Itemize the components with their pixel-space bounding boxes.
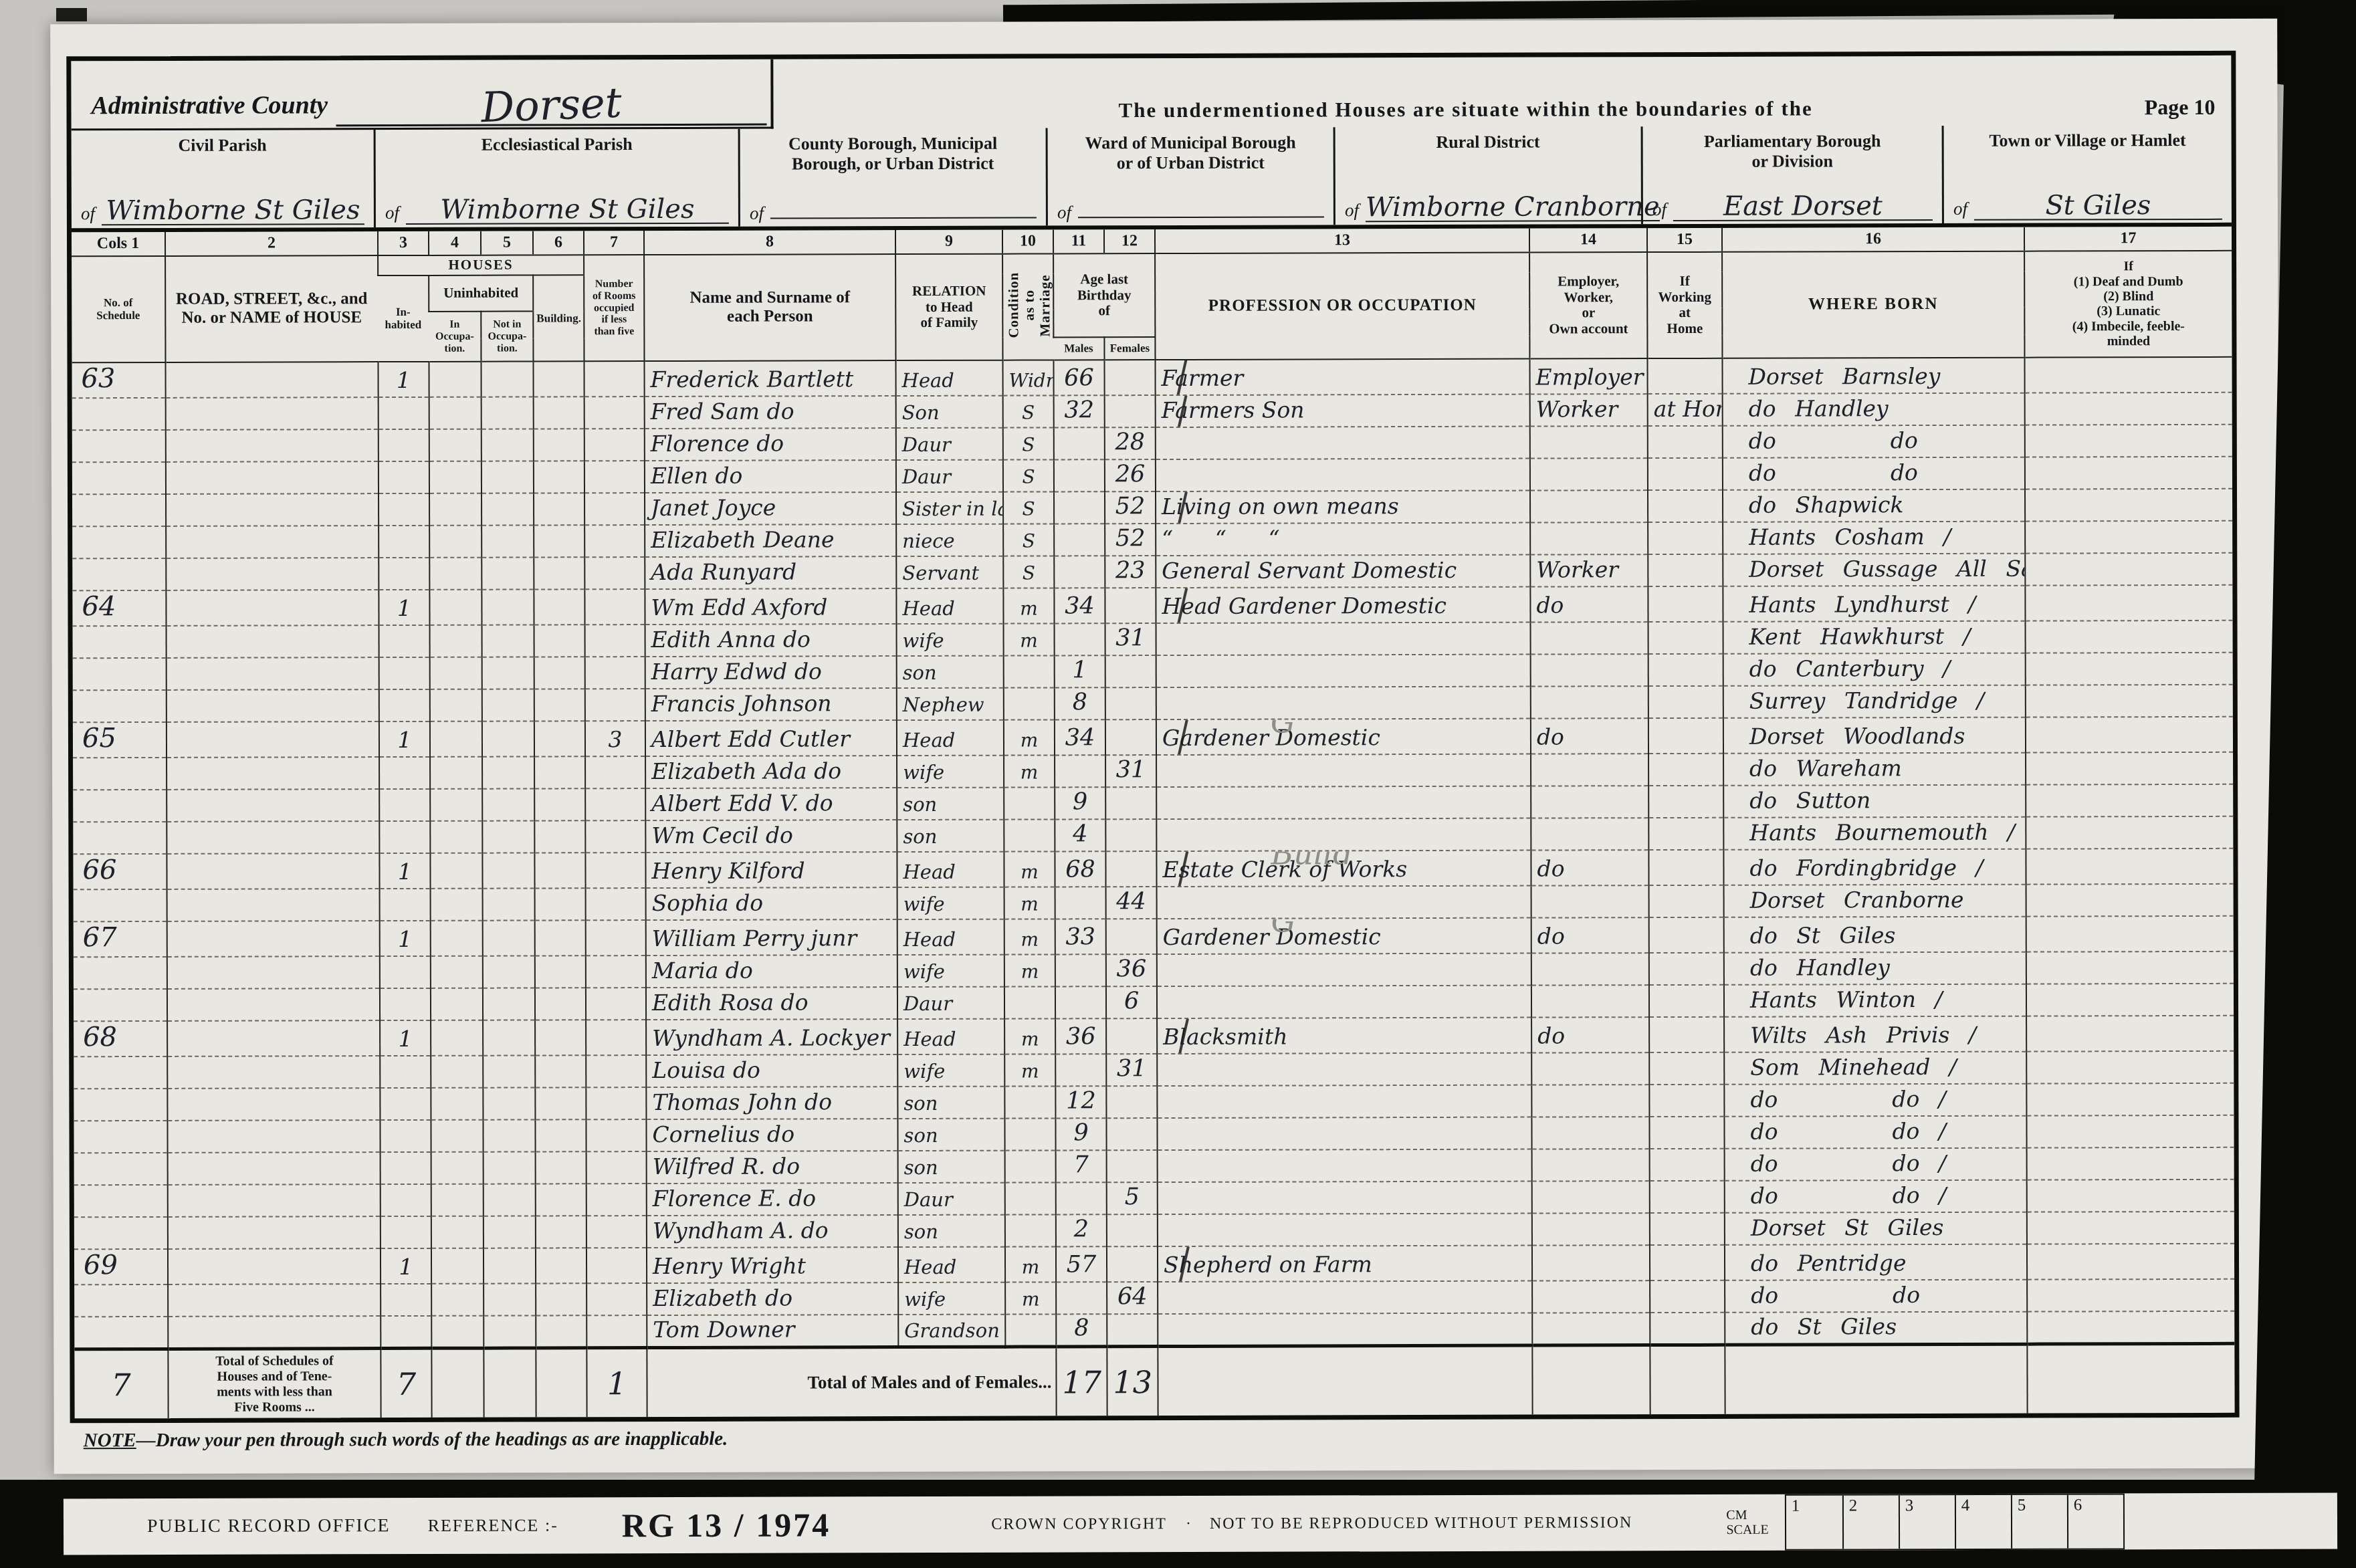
header-uninhabited-group: Uninhabited xyxy=(429,275,533,312)
col-number: 4 xyxy=(429,231,481,255)
cell-relation: son xyxy=(897,820,1004,852)
census-row: Cornelius doson9do do / xyxy=(74,1115,2234,1153)
cell-name: Wm Cecil do xyxy=(645,820,897,853)
cell-males xyxy=(1055,755,1105,787)
cell-employer xyxy=(1532,1245,1650,1280)
cell-inhabited xyxy=(380,1088,431,1120)
cell-inhabited xyxy=(379,493,429,526)
cell-in_occ xyxy=(429,526,481,558)
cell-condition: m xyxy=(1005,1282,1056,1314)
cell-condition: S xyxy=(1003,427,1054,459)
cell-road xyxy=(167,721,379,758)
cell-females xyxy=(1107,1246,1158,1282)
cell-females xyxy=(1107,1150,1158,1182)
district-rural-district: Rural District ofWimborne Cranborne xyxy=(1333,126,1641,225)
cell-schedule xyxy=(74,1185,168,1217)
cell-females xyxy=(1105,687,1156,719)
totals-empty xyxy=(1158,1345,1532,1416)
cell-males xyxy=(1055,623,1105,655)
cell-road xyxy=(167,853,379,889)
col-number: 3 xyxy=(378,231,429,255)
cell-born: do do / xyxy=(1724,1084,2026,1117)
cell-not_in_occ xyxy=(484,1248,536,1283)
cell-born: do Fordingbridge / xyxy=(1723,849,2026,885)
cell-occupation xyxy=(1157,953,1531,986)
cell-schedule xyxy=(74,989,167,1021)
cell-not_in_occ xyxy=(484,1151,536,1184)
cell-condition: m xyxy=(1004,851,1055,887)
district-value: Wimborne Cranborne xyxy=(1366,193,1660,222)
district-value xyxy=(770,217,1037,219)
cell-males: 8 xyxy=(1055,687,1105,719)
cell-not_in_occ xyxy=(483,920,535,956)
admin-county-box: Administrative County Dorset xyxy=(71,60,773,131)
cell-employer xyxy=(1530,522,1648,554)
cell-born: Surrey Tandridge / xyxy=(1723,685,2026,718)
cell-employer xyxy=(1531,686,1648,718)
cell-employer: Worker xyxy=(1530,554,1648,586)
census-row: 661Henry KilfordHeadm68Estate Clerk of W… xyxy=(73,849,2233,889)
cell-males xyxy=(1054,427,1105,459)
cell-relation: Grandson xyxy=(898,1315,1005,1347)
cell-building xyxy=(534,557,584,589)
cell-name: Tom Downer xyxy=(647,1315,898,1347)
cell-inhabited xyxy=(380,1056,431,1088)
cell-males xyxy=(1055,1054,1106,1086)
cell-employer xyxy=(1532,1213,1650,1245)
census-row: Fred Sam doSonS32Farmers SonWorkerat Hom… xyxy=(72,393,2232,430)
header-occupation: PROFESSION OR OCCUPATION xyxy=(1155,253,1529,360)
cell-road xyxy=(167,657,379,690)
cell-at_home xyxy=(1648,458,1723,490)
of-prefix: of xyxy=(1057,202,1071,223)
cell-employer xyxy=(1532,1280,1650,1313)
cell-infirmity xyxy=(2026,621,2233,653)
cell-road xyxy=(166,590,379,626)
cell-females: 5 xyxy=(1107,1182,1158,1214)
cell-males xyxy=(1056,1182,1107,1214)
cell-road xyxy=(167,789,379,822)
col-number: Cols 1 xyxy=(72,232,165,256)
cell-name: Albert Edd V. do xyxy=(645,788,897,820)
header-condition: Condition as to Marriage xyxy=(1002,253,1053,360)
cell-inhabited xyxy=(379,689,430,721)
cell-occupation xyxy=(1156,458,1530,491)
cell-name: Sophia do xyxy=(646,887,897,920)
cell-born: do Canterbury / xyxy=(1723,653,2026,686)
cell-building xyxy=(535,956,586,988)
cell-condition: S xyxy=(1003,395,1054,427)
cell-building xyxy=(534,625,585,657)
cell-employer xyxy=(1531,953,1649,985)
cell-occupation: Head Gardener Domestic xyxy=(1156,586,1530,623)
cell-name: Fred Sam do xyxy=(645,396,896,429)
cell-condition: m xyxy=(1004,1054,1055,1086)
pen-stroke-mark xyxy=(1178,1017,1191,1053)
cell-name: Henry Wright xyxy=(647,1247,898,1283)
cell-at_home xyxy=(1650,1280,1725,1313)
cell-males xyxy=(1054,524,1105,556)
cell-schedule: 68 xyxy=(74,1021,167,1056)
cell-schedule xyxy=(74,1121,167,1153)
cell-schedule: 67 xyxy=(74,921,167,957)
cell-name: Elizabeth Ada do xyxy=(645,756,897,788)
cell-condition xyxy=(1004,787,1055,819)
district-county-borough: County Borough, Municipal Borough, or Ur… xyxy=(738,128,1046,226)
cell-rooms xyxy=(585,625,645,657)
cell-inhabited: 1 xyxy=(380,1020,431,1056)
cell-occupation xyxy=(1158,1181,1532,1214)
cell-occupation xyxy=(1156,818,1531,851)
census-table: Cols 1 2 3 4 5 6 7 8 9 10 11 12 13 14 xyxy=(72,227,2235,1419)
cell-condition: m xyxy=(1004,755,1055,787)
cell-inhabited xyxy=(381,1152,431,1184)
cell-inhabited xyxy=(379,397,429,429)
cell-employer xyxy=(1532,1313,1650,1345)
cell-condition: Widr xyxy=(1002,360,1053,395)
cell-occupation xyxy=(1158,1213,1532,1246)
census-row: Wyndham A. doson2Dorset St Giles xyxy=(74,1212,2234,1249)
cell-inhabited: 1 xyxy=(380,921,431,956)
cell-employer: do xyxy=(1531,1017,1649,1052)
cell-condition: m xyxy=(1004,623,1055,655)
census-row: Edith Anna dowifem31Kent Hawkhurst / xyxy=(73,621,2233,658)
cell-not_in_occ xyxy=(484,1315,536,1348)
cell-in_occ xyxy=(430,689,482,721)
cell-schedule xyxy=(72,494,166,526)
cell-building xyxy=(536,1216,586,1248)
cell-infirmity xyxy=(2026,1016,2234,1052)
cell-occupation: Farmer xyxy=(1155,358,1529,395)
census-row: Albert Edd V. doson9do Sutton xyxy=(73,784,2233,822)
cell-males: 4 xyxy=(1055,819,1105,851)
cell-rooms xyxy=(586,956,646,988)
cell-females xyxy=(1107,1314,1158,1347)
admin-title-box: The undermentioned Houses are situate wi… xyxy=(773,55,2231,129)
cell-road xyxy=(168,1184,381,1217)
admin-row: Administrative County Dorset The underme… xyxy=(71,55,2231,130)
cell-condition: m xyxy=(1004,1018,1055,1054)
ruler-cell: 5 xyxy=(2011,1495,2067,1549)
cell-not_in_occ xyxy=(481,589,534,625)
district-value: Wimborne St Giles xyxy=(406,196,729,225)
cell-infirmity xyxy=(2026,752,2233,785)
cell-infirmity xyxy=(2026,816,2233,849)
cell-infirmity xyxy=(2025,489,2232,522)
cell-males: 36 xyxy=(1055,1018,1106,1054)
pen-stroke-mark xyxy=(1176,394,1189,427)
cell-employer xyxy=(1532,1149,1650,1181)
district-label: Civil Parish xyxy=(81,135,364,156)
cell-condition: m xyxy=(1004,954,1055,986)
cell-born: Hants Lyndhurst / xyxy=(1723,586,2025,622)
cell-name: Wyndham A. do xyxy=(647,1215,898,1248)
header-not-in-occupation: Not in Occupa- tion. xyxy=(481,312,533,362)
footer-reference-label: REFERENCE :- xyxy=(428,1516,558,1537)
cell-condition xyxy=(1005,1314,1056,1347)
cell-occupation xyxy=(1156,622,1531,655)
cell-rooms xyxy=(586,1055,646,1087)
cell-building xyxy=(535,988,586,1020)
cell-relation: son xyxy=(898,1215,1005,1247)
ruler-cell: 1 xyxy=(1786,1495,1842,1549)
cell-occupation xyxy=(1157,1117,1531,1149)
district-row: Civil Parish ofWimborne St Giles Ecclesi… xyxy=(72,125,2232,232)
cell-schedule xyxy=(72,526,166,558)
cell-employer xyxy=(1530,490,1648,522)
cell-relation: wife xyxy=(898,1282,1005,1315)
cell-females: 6 xyxy=(1106,986,1157,1018)
cell-rooms xyxy=(586,1283,647,1315)
cell-inhabited xyxy=(379,821,430,853)
cell-relation: Son xyxy=(896,396,1003,428)
cell-employer: do xyxy=(1531,850,1648,885)
cell-name: Edith Anna do xyxy=(645,624,897,657)
cell-not_in_occ xyxy=(483,1087,535,1119)
col-number: 6 xyxy=(533,231,584,255)
cell-building xyxy=(534,397,584,429)
census-row: 641Wm Edd AxfordHeadm34Head Gardener Dom… xyxy=(72,585,2232,626)
header-infirmity: If (1) Deaf and Dumb (2) Blind (3) Lunat… xyxy=(2024,251,2232,358)
cell-relation: son xyxy=(897,1087,1004,1119)
cell-not_in_occ xyxy=(481,397,534,429)
cell-males xyxy=(1056,1282,1107,1314)
cell-road xyxy=(166,526,379,558)
cell-infirmity xyxy=(2026,951,2234,984)
cell-employer xyxy=(1531,985,1649,1017)
cell-occupation xyxy=(1156,654,1531,687)
cell-relation: Head xyxy=(896,588,1003,624)
cell-relation: son xyxy=(897,1119,1004,1151)
cell-rooms xyxy=(585,853,645,888)
cell-not_in_occ xyxy=(483,988,535,1020)
cell-females xyxy=(1105,719,1156,755)
cell-employer xyxy=(1531,885,1649,917)
cell-name: Louisa do xyxy=(646,1054,897,1087)
cell-building xyxy=(534,853,585,888)
cell-born: Dorset Barnsley xyxy=(1722,358,2024,394)
header-in-occupation: In Occupa- tion. xyxy=(429,312,481,362)
cell-in_occ xyxy=(431,889,483,921)
cell-not_in_occ xyxy=(483,1020,535,1055)
cell-schedule xyxy=(74,1089,167,1121)
cell-rooms xyxy=(585,689,645,721)
cell-not_in_occ xyxy=(484,1216,536,1248)
cell-inhabited: 1 xyxy=(379,721,430,757)
cell-born: do do / xyxy=(1724,1116,2026,1149)
cell-schedule xyxy=(73,790,167,822)
cell-relation: Head xyxy=(897,1019,1004,1054)
cell-rooms xyxy=(584,525,645,557)
cell-females: 52 xyxy=(1105,524,1156,556)
cell-at_home xyxy=(1650,1149,1725,1181)
cell-road xyxy=(167,889,380,921)
ruler-cell: 2 xyxy=(1842,1495,1899,1549)
col-number: 9 xyxy=(895,230,1002,254)
cell-not_in_occ xyxy=(481,429,534,461)
cell-occupation: Gardener DomesticG xyxy=(1156,718,1531,754)
cell-at_home xyxy=(1650,1213,1725,1245)
cell-building xyxy=(536,1248,586,1283)
cell-males xyxy=(1055,986,1106,1018)
cell-at_home xyxy=(1648,622,1723,654)
cell-infirmity xyxy=(2027,1244,2234,1280)
col-number: 15 xyxy=(1647,228,1722,252)
cell-born: do do xyxy=(1723,457,2025,490)
cell-females: 28 xyxy=(1105,427,1156,459)
cell-condition: m xyxy=(1003,588,1054,623)
cell-building xyxy=(534,429,584,461)
cell-infirmity xyxy=(2026,849,2233,885)
census-row: Ellen doDaurS26do do xyxy=(72,457,2232,494)
cell-occupation: Blacksmith xyxy=(1157,1017,1531,1053)
cell-relation: Head xyxy=(895,360,1002,396)
district-parliamentary-borough: Parliamentary Borough or Division ofEast… xyxy=(1641,126,1942,224)
cell-not_in_occ xyxy=(482,788,534,820)
cell-females xyxy=(1106,1118,1157,1150)
cell-relation: Sister in law xyxy=(896,492,1003,524)
col-number: 2 xyxy=(165,231,378,256)
cell-road xyxy=(168,1152,381,1185)
cell-building xyxy=(534,820,585,853)
pen-stroke-mark xyxy=(1178,718,1190,754)
census-row: Edith Rosa doDaur6Hants Winton / xyxy=(74,984,2234,1021)
cell-born: Hants Cosham / xyxy=(1723,522,2025,554)
cell-in_occ xyxy=(431,1284,484,1316)
cell-schedule xyxy=(74,1317,168,1349)
cell-road xyxy=(166,558,379,590)
col-number: 12 xyxy=(1104,229,1155,253)
cell-building xyxy=(533,361,584,397)
totals-row: 7 Total of Schedules of Houses and of Te… xyxy=(74,1343,2234,1418)
header-relation: RELATION to Head of Family xyxy=(895,254,1002,360)
cell-rooms xyxy=(584,397,645,429)
census-row: Wm Cecil doson4Hants Bournemouth / xyxy=(73,816,2233,854)
cell-road xyxy=(168,1284,381,1317)
cell-at_home xyxy=(1650,1313,1725,1345)
cell-in_occ xyxy=(429,397,481,429)
cell-condition: S xyxy=(1003,524,1054,556)
totals-empty xyxy=(1650,1345,1725,1414)
cell-rooms xyxy=(586,1119,646,1151)
of-prefix: of xyxy=(1953,199,1967,219)
cell-condition xyxy=(1005,1182,1056,1214)
cell-name: Thomas John do xyxy=(646,1087,897,1119)
scan-mark-top-left xyxy=(56,8,87,21)
totals-empty xyxy=(484,1348,536,1418)
cell-not_in_occ xyxy=(481,493,534,525)
cell-infirmity xyxy=(2025,585,2232,621)
cell-inhabited xyxy=(379,789,430,821)
cell-born: do Handley xyxy=(1723,393,2025,426)
cell-inhabited xyxy=(381,1316,431,1349)
cell-males: 7 xyxy=(1056,1150,1107,1182)
cell-infirmity xyxy=(2025,393,2232,425)
census-row: 681Wyndham A. LockyerHeadm36Blacksmithdo… xyxy=(74,1016,2234,1056)
cell-in_occ xyxy=(430,757,482,789)
district-label: Parliamentary Borough or Division xyxy=(1652,131,1933,172)
cell-in_occ xyxy=(430,789,482,821)
cell-condition: S xyxy=(1003,556,1054,588)
cell-in_occ xyxy=(431,1120,483,1152)
cell-schedule xyxy=(73,658,167,690)
admin-county-label: Administrative County xyxy=(91,90,328,127)
cell-at_home xyxy=(1649,1052,1724,1085)
cell-males: 12 xyxy=(1055,1086,1106,1118)
cell-males: 33 xyxy=(1055,919,1106,954)
census-row: Elizabeth DeanenieceS52“ “ “Hants Cosham… xyxy=(72,521,2232,558)
cell-relation: Daur xyxy=(897,987,1004,1019)
cell-in_occ xyxy=(431,1216,484,1248)
cell-females xyxy=(1107,1214,1158,1246)
cell-at_home xyxy=(1648,554,1723,586)
cell-schedule xyxy=(73,822,167,854)
cell-born: Dorset Gussage All Saints xyxy=(1723,554,2025,586)
cell-road xyxy=(167,689,379,722)
cell-infirmity xyxy=(2026,653,2233,685)
cell-born: Hants Bournemouth / xyxy=(1723,817,2026,850)
cell-born: do St Giles xyxy=(1724,917,2026,953)
census-row: Florence E. doDaur5do do / xyxy=(74,1180,2234,1217)
header-age-group: Age last Birthday of xyxy=(1053,253,1155,337)
cell-schedule xyxy=(74,1153,168,1185)
cell-females xyxy=(1104,360,1155,395)
cell-building xyxy=(534,689,585,721)
cell-relation: Daur xyxy=(896,460,1003,492)
cell-inhabited: 1 xyxy=(379,853,430,889)
cell-in_occ xyxy=(430,721,482,757)
cell-road xyxy=(166,429,379,462)
cell-rooms xyxy=(586,1248,647,1283)
census-row: Florence doDaurS28do do xyxy=(72,425,2232,462)
cell-schedule xyxy=(73,690,167,722)
cell-rooms: 3 xyxy=(585,721,645,756)
cell-building xyxy=(534,589,584,625)
cell-relation: son xyxy=(897,656,1004,688)
cell-building xyxy=(535,1020,586,1055)
cell-not_in_occ xyxy=(481,361,533,397)
cell-building xyxy=(536,1151,586,1184)
cell-not_in_occ xyxy=(483,1055,535,1087)
cell-building xyxy=(534,657,585,689)
cell-building xyxy=(534,721,585,756)
header-road: ROAD, STREET, &c., and No. or NAME of HO… xyxy=(165,255,378,362)
district-label: County Borough, Municipal Borough, or Ur… xyxy=(750,134,1037,175)
cell-at_home xyxy=(1649,1017,1724,1052)
cell-not_in_occ xyxy=(482,689,534,721)
cell-road xyxy=(168,1316,381,1349)
cell-males xyxy=(1055,954,1106,986)
cell-schedule: 66 xyxy=(73,854,167,889)
cell-born: do Handley xyxy=(1724,952,2026,985)
header-rooms: Number of Rooms occupied if less than fi… xyxy=(584,255,644,361)
col-number: 10 xyxy=(1002,229,1053,253)
cell-males: 34 xyxy=(1054,588,1105,623)
cell-males xyxy=(1054,459,1105,491)
cell-born: do St Giles xyxy=(1725,1312,2027,1345)
cell-rooms xyxy=(584,361,644,397)
cell-name: Wilfred R. do xyxy=(647,1151,898,1184)
cell-in_occ xyxy=(431,1316,484,1349)
cell-infirmity xyxy=(2026,884,2234,917)
cell-in_occ xyxy=(431,1020,483,1056)
cell-females xyxy=(1105,819,1156,851)
census-rows: 631Frederick BartlettHeadWidr66FarmerEmp… xyxy=(72,357,2234,1349)
cell-rooms xyxy=(585,756,645,788)
totals-females: 13 xyxy=(1107,1346,1158,1416)
cell-road xyxy=(167,1120,380,1153)
cell-not_in_occ xyxy=(484,1283,536,1315)
